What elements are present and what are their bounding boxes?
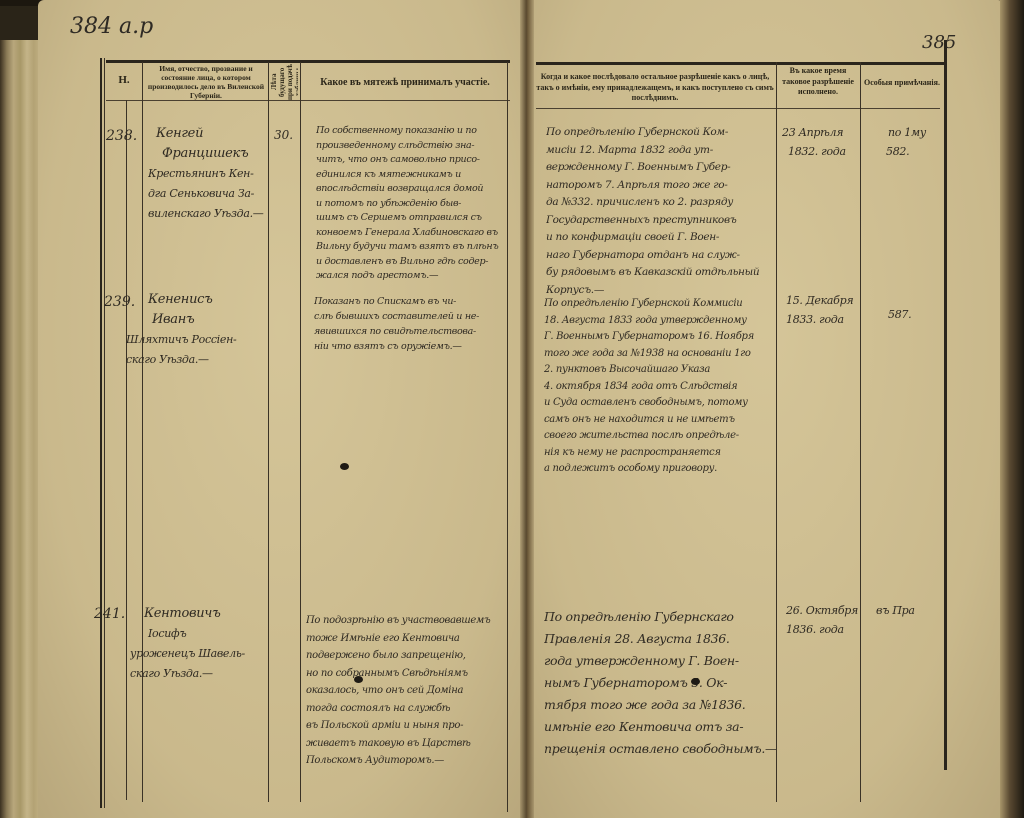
header-execution-time: Въ какое время таковое разрѣшеніе исполн… (778, 66, 858, 98)
header-notes: Особыя примѣчанія. (862, 78, 942, 89)
col-divider (860, 62, 861, 802)
folio-right: 385 (922, 32, 956, 53)
header-decision: Когда и какое послѣдовало остальное разр… (536, 72, 774, 104)
col-divider (268, 62, 269, 802)
col-divider (126, 100, 127, 800)
entry-participation: По подозрѣнію въ участвовавшемътоже Имѣн… (306, 612, 506, 770)
binding-hole (340, 463, 349, 470)
binding-hole (691, 678, 700, 685)
book-gutter (520, 0, 534, 818)
top-rule-right (536, 62, 946, 65)
entry-number: 238. (106, 128, 137, 144)
binding-hole (354, 676, 363, 683)
header-rule-left (106, 100, 510, 101)
entry-age: 30. (274, 128, 293, 142)
top-rule-left (106, 60, 510, 63)
header-number: Н. (108, 74, 140, 87)
left-border-double (100, 58, 102, 808)
header-name: Имя, отчество, прозвание и состояние лиц… (145, 64, 267, 100)
header-age: Лѣта будущаго при подачѣ таблицы сему оп… (270, 64, 298, 100)
col-divider (142, 62, 143, 802)
left-border-inner (104, 58, 105, 808)
entry-decision: По опредѣленію Губернской Ком-мисіи 12. … (546, 124, 774, 299)
entry-execution-date: 26. Октября1836. года (786, 602, 860, 639)
book-page-edges-right (1000, 0, 1024, 818)
entry-name: Кентовичъ Іосифъ уроженецъ Шавель- скаго… (130, 604, 270, 684)
header-rule-right (536, 108, 940, 109)
entry-notes: 587. (888, 306, 938, 325)
col-divider (507, 62, 508, 812)
entry-notes: по 1му582. (880, 124, 940, 161)
entry-name: Кенгей Францишекъ Крестьянинъ Кен- дга С… (148, 124, 268, 224)
entry-decision: По опредѣленію ГубернскагоПравленія 28. … (544, 606, 776, 760)
folio-left: 384 а.р (70, 14, 153, 39)
open-ledger-book: 384 а.р 385 Н. Имя, отчество, прозвание … (0, 0, 1024, 818)
entry-execution-date: 15. Декабря1833. года (786, 292, 860, 329)
entry-participation: По собственному показанію и попроизведен… (316, 124, 506, 284)
entry-name: Кененисъ Иванъ Шляхтичъ Россіен- скаго У… (126, 290, 268, 370)
entry-number: 241. (94, 606, 125, 622)
col-divider (300, 62, 301, 802)
right-border-thick (944, 40, 947, 770)
header-participation: Какое въ мятежѣ принималъ участіе. (304, 76, 506, 89)
entry-decision: По опредѣленію Губернской Коммисіи18. Ав… (544, 296, 776, 478)
entry-execution-date: 23 Апрѣля1832. года (782, 124, 860, 161)
entry-notes: въ Пра (876, 602, 946, 621)
col-divider (776, 62, 777, 802)
entry-participation: Показанъ по Спискамъ въ чи-слѣ бывшихъ с… (314, 294, 506, 354)
